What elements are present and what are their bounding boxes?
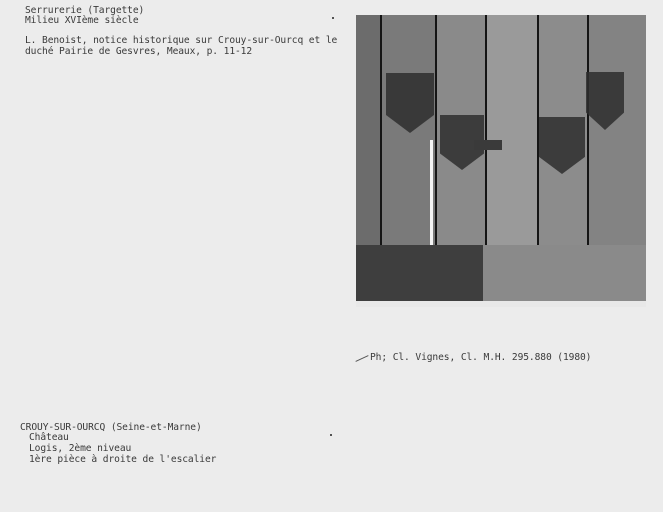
punch-mark [332, 17, 334, 19]
light-slit [430, 140, 433, 245]
location-line-4: 1ère pièce à droite de l'escalier [29, 455, 216, 466]
photo-credit: Ph; Cl. Vignes, Cl. M.H. 295.880 (1980) [370, 353, 591, 364]
reference-line-2: duché Pairie de Gesvres, Meaux, p. 11-12 [25, 47, 252, 58]
photograph [356, 15, 646, 307]
location-line-3: Logis, 2ème niveau [29, 444, 131, 455]
location-line-2: Château [29, 433, 69, 444]
punch-mark [330, 434, 332, 436]
door-bolt [474, 140, 502, 150]
reference-line-1: L. Benoist, notice historique sur Crouy-… [25, 36, 337, 47]
pointer-mark [355, 355, 368, 362]
title-line-2: Milieu XVIème siècle [25, 16, 139, 27]
